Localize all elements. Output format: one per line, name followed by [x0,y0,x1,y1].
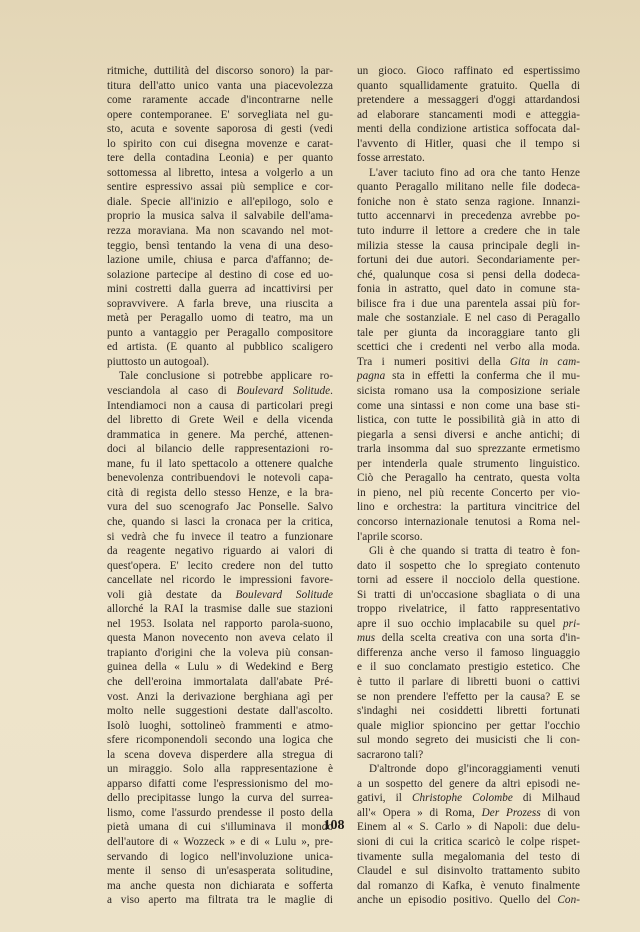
text-line: pagna sta in effetti la conferma che il … [357,369,580,384]
text-line: si vedrà che fu invece il teatro a funzi… [107,530,333,545]
text-line: differenza anche verso il famoso linguag… [357,646,580,661]
text-line: sopravvivere. A farla breve, una riuscit… [107,297,333,312]
text-line: mente il senso di un'esasperata solitudi… [107,864,333,879]
text-column-left: ritmiche, duttilità del discorso sonoro)… [107,64,333,908]
text-line: ché, qualunque cosa si pensi della dodec… [357,268,580,283]
text-line: ma anche questa non dichiarata e soffert… [107,879,333,894]
text-line: bilisce fra i due una parentela assai pi… [357,297,580,312]
text-line: come raramente accade d'incontrarne nell… [107,93,333,108]
text-line: tivamente sulla megalomania del testo di [357,850,580,865]
text-line: è tutto il parlare di libretti buoni o c… [357,675,580,690]
text-line: milizia stesse la causa principale degli… [357,239,580,254]
text-line: l'avvento di Hitler, quasi che il tempo … [357,137,580,152]
text-line: guinea della « Lulu » di Wedekind e Berg [107,660,333,675]
text-line: concorso internazionale tenutosi a Roma … [357,515,580,530]
text-line: Claudel e sul disinvolto trattamento sub… [357,864,580,879]
text-line: drammatica in genere. Ma perché, attenen… [107,428,333,443]
text-line: voli già destate da Boulevard Solitude [107,588,333,603]
text-line: metà per Peragallo uomo di teatro, ma un [107,311,333,326]
text-line: piuttosto un autogoal). [107,355,333,370]
text-line: torni ad essere il nocciolo della questi… [357,573,580,588]
text-line: sfere ricomponendoli secondo una logica … [107,733,333,748]
text-line: a un sospetto del genere da altri episod… [357,777,580,792]
text-line: scettici che i credenti nel verbo alla m… [357,340,580,355]
text-line: mini costretti dalla guerra ad incattivi… [107,282,333,297]
text-line: tere della contadina Leonia) e per quant… [107,151,333,166]
text-line: quest'opera. E' lecito credere non del t… [107,559,333,574]
text-line: dato il sospetto che lo spregiato conten… [357,559,580,574]
text-line: lazione umile, chiusa e parca d'affanno;… [107,253,333,268]
text-line: titura dell'atto unico vanta una piacevo… [107,79,333,94]
text-line: che, quando si lasci la cronaca per la c… [107,515,333,530]
text-line: sioni di cui la critica scaricò le colpe… [357,835,580,850]
page-number: 108 [0,818,640,834]
text-line: Isolò luoghi, sottolineò frammenti e atm… [107,719,333,734]
text-line: fortuni dei due autori. Secondariamente … [357,253,580,268]
text-line: sicista romano usa la composizione seria… [357,384,580,399]
text-line: apparso difatti come l'espressionismo de… [107,777,333,792]
text-line: D'altronde dopo gl'incoraggiamenti venut… [357,762,580,777]
text-line: mane, fu il lato spettacolo a ottenere q… [107,457,333,472]
text-line: come una sintassi e non come una base st… [357,399,580,414]
text-line: Gli è che quando si tratta di teatro è f… [357,544,580,559]
text-line: L'aver taciuto fino ad ora che tanto Hen… [357,166,580,181]
text-line: da reagente negativo riguardo ai valori … [107,544,333,559]
text-line: ritmiche, duttilità del discorso sonoro)… [107,64,333,79]
text-line: Tale conclusione si potrebbe applicare r… [107,369,333,384]
text-line: menti della condizione artistica soffoca… [357,122,580,137]
text-line: del libretto di Grete Weil e della vicen… [107,413,333,428]
text-line: dal romanzo di Kafka, è venuto finalment… [357,879,580,894]
text-line: male che sostanziale. E nel caso di Pera… [357,311,580,326]
text-line: servando di logico nell'involuzione unic… [107,850,333,865]
text-line: lo spirito con cui disegna movenze e car… [107,137,333,152]
text-line: benevolenza contribuendovi le notevoli c… [107,471,333,486]
text-line: lino e orchestra: la partitura vincitric… [357,500,580,515]
text-line: Ciò che Peragallo ha centrato, questa vo… [357,471,580,486]
text-line: se non prendere l'effetto per la causa? … [357,690,580,705]
text-line: dell'autore di « Wozzeck » e di « Lulu »… [107,835,333,850]
text-line: sacrarono tali? [357,748,580,763]
text-line: listica, con tutte le possibilità già in… [357,413,580,428]
text-line: trapianto d'origini che la voleva più co… [107,646,333,661]
text-line: e il suo conclamato prestigio estetico. … [357,660,580,675]
text-line: quanto squallidamente gratuito. Quella d… [357,79,580,94]
text-line: fosse arrestato. [357,151,580,166]
text-line: nel 1953. Isolata nel rapporto parola-su… [107,617,333,632]
text-line: tale per giunta da incoraggiare tanto gl… [357,326,580,341]
text-line: fonia in astratto, quel dato in comune s… [357,282,580,297]
text-column-right: un gioco. Gioco raffinato ed espertissim… [357,64,580,908]
text-line: punto a vantaggio per Peragallo composit… [107,326,333,341]
text-line: tutto accennarvi in precedenza avrebbe p… [357,209,580,224]
text-line: a viso aperto ma filtrata tra le maglie … [107,893,333,908]
text-line: Intendiamoci non a causa di particolari … [107,399,333,414]
text-line: apre il suo occhio implacabile su quel p… [357,617,580,632]
text-line: tuto indurre il lettore a credere che in… [357,224,580,239]
text-line: l'aprile scorso. [357,530,580,545]
text-line: diale. Specie all'inizio e all'epilogo, … [107,195,333,210]
text-line: solazione partecipe al destino di cose e… [107,268,333,283]
text-line: cancellate nel ricordo le impressioni fa… [107,573,333,588]
text-line: sto, acuta e sovente saporosa di gesti (… [107,122,333,137]
text-line: sul mondo segreto dei musicisti che li c… [357,733,580,748]
text-line: quanto Peragallo militano nelle file dod… [357,180,580,195]
text-line: proprio la musica salva il salvabile del… [107,209,333,224]
text-line: anche un episodio positivo. Quello del C… [357,893,580,908]
text-line: che dell'eroina immortalata dall'abate P… [107,675,333,690]
text-line: gativi, il Christophe Colombe di Milhaud [357,791,580,806]
book-page: ritmiche, duttilità del discorso sonoro)… [0,0,640,932]
text-line: molto nelle suggestioni destate dall'asc… [107,704,333,719]
text-line: sentire espressivo assai più semplice e … [107,180,333,195]
text-line: pretendere a messaggeri d'oggi attardand… [357,93,580,108]
text-line: per intenderla quale strumento linguisti… [357,457,580,472]
text-line: vesciandola al caso di Boulevard Solitud… [107,384,333,399]
text-line: vura del suo scenografo Jac Ponselle. Sa… [107,500,333,515]
text-line: troppo rivelatrice, il fatto rappresenta… [357,602,580,617]
text-line: teggio, bensì tentando la vena di una de… [107,239,333,254]
text-line: questa Manon novecento non aveva celato … [107,631,333,646]
text-line: Si tratti di un'occasione sbagliata o di… [357,588,580,603]
text-line: un gioco. Gioco raffinato ed espertissim… [357,64,580,79]
text-line: rezza moraviana. Ma non scavando nel mot… [107,224,333,239]
text-line: s'indaghi nei cosiddetti libretti fortun… [357,704,580,719]
text-line: trarla insomma dal suo sprezzante ermeti… [357,442,580,457]
text-line: ed artista. (E quanto al pubblico scalig… [107,340,333,355]
text-line: vost. Anzi la derivazione berghiana agì … [107,690,333,705]
text-line: opere contemporanee. E' sorvegliata nel … [107,108,333,123]
text-line: sottomessa al libretto, intesa a volgerl… [107,166,333,181]
text-line: ad elaborare stancamenti modi e atteggia… [357,108,580,123]
text-line: la scena doveva disperdere alla stregua … [107,748,333,763]
text-line: piegarla a sensi diversi e anche antichi… [357,428,580,443]
text-line: Tra i numeri positivi della Gita in cam- [357,355,580,370]
text-line: foniche non è stato senza ragione. Innan… [357,195,580,210]
text-line: un miraggio. Solo alla rappresentazione … [107,762,333,777]
text-line: cità di regista dello stesso Henze, e la… [107,486,333,501]
text-line: allorché la RAI la trasmise dalle sue st… [107,602,333,617]
text-line: doci al bilancio delle rappresentazioni … [107,442,333,457]
text-line: mus della scelta creativa con una sorta … [357,631,580,646]
text-line: quale miglior spioncino per gettar l'occ… [357,719,580,734]
text-line: in pieno, nel più recente Concerto per v… [357,486,580,501]
text-line: dello precipitasse lungo la curva del su… [107,791,333,806]
